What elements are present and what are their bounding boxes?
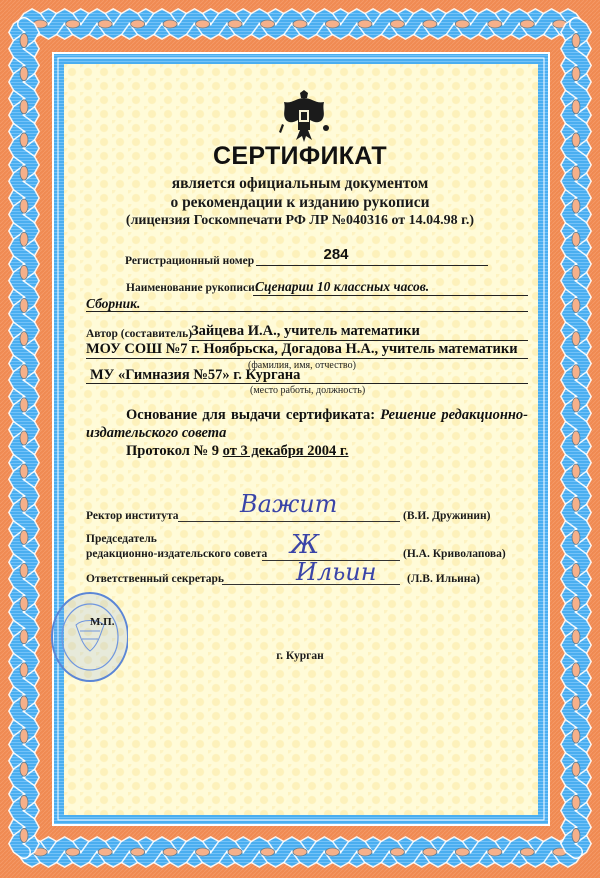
signatory-name-rector: (В.И. Дружинин)	[403, 510, 491, 522]
signature-rector: Важит	[240, 490, 337, 518]
author-underline-3	[86, 383, 528, 384]
signature-secretary: Ильин	[296, 558, 377, 586]
basis-value-2: издательского совета	[86, 425, 226, 442]
author-line-2: МОУ СОШ №7 г. Ноябрьска, Догадова Н.А., …	[86, 341, 518, 358]
signatory-role-chair-cont: редакционно-издательского совета	[86, 548, 267, 560]
manuscript-title: Сценарии 10 классных часов.	[255, 279, 429, 295]
manuscript-line-1	[253, 295, 528, 296]
basis-label: Основание для выдачи сертификата:	[126, 407, 375, 423]
author-line-1: Зайцева И.А., учитель математики	[191, 323, 420, 340]
registration-number: 284	[256, 246, 416, 263]
place-of-issue: г. Курган	[0, 650, 600, 662]
signatory-role-rector: Ректор института	[86, 510, 179, 522]
protocol-number: Протокол № 9	[126, 443, 219, 459]
basis-line-1: Основание для выдачи сертификата: Решени…	[86, 407, 528, 424]
subtitle-line-2: о рекомендации к изданию рукописи	[0, 194, 600, 212]
protocol-date: от 3 декабря 2004 г.	[223, 443, 349, 459]
author-underline-2	[86, 358, 528, 359]
subtitle-line-1: является официальным документом	[0, 175, 600, 193]
signature-chair: Ж	[290, 530, 319, 560]
registration-line	[256, 265, 488, 266]
signatory-name-chair: (Н.А. Криволапова)	[403, 548, 506, 560]
signatory-name-secretary: (Л.В. Ильина)	[407, 573, 480, 585]
official-seal-icon	[40, 585, 128, 685]
manuscript-label: Наименование рукописи:	[126, 282, 259, 294]
coat-of-arms-icon	[274, 84, 334, 144]
manuscript-title-cont: Сборник.	[86, 296, 140, 312]
protocol-line: Протокол № 9 от 3 декабря 2004 г.	[126, 443, 348, 460]
caption-workplace: (место работы, должность)	[250, 385, 365, 396]
registration-label: Регистрационный номер	[125, 255, 254, 267]
signatory-role-chair: Председатель	[86, 533, 157, 545]
author-label: Автор (составитель)	[86, 328, 192, 340]
signature-line-rector	[178, 521, 400, 522]
license-line: (лицензия Госкомпечати РФ ЛР №040316 от …	[0, 213, 600, 229]
certificate-title: СЕРТИФИКАТ	[0, 142, 600, 171]
author-line-3: МУ «Гимназия №57» г. Кургана	[90, 367, 300, 384]
manuscript-line-2	[86, 311, 528, 312]
basis-value-1: Решение редакционно-	[380, 407, 528, 423]
stamp-label: М.П.	[90, 616, 114, 628]
signatory-role-secretary: Ответственный секретарь	[86, 573, 224, 585]
